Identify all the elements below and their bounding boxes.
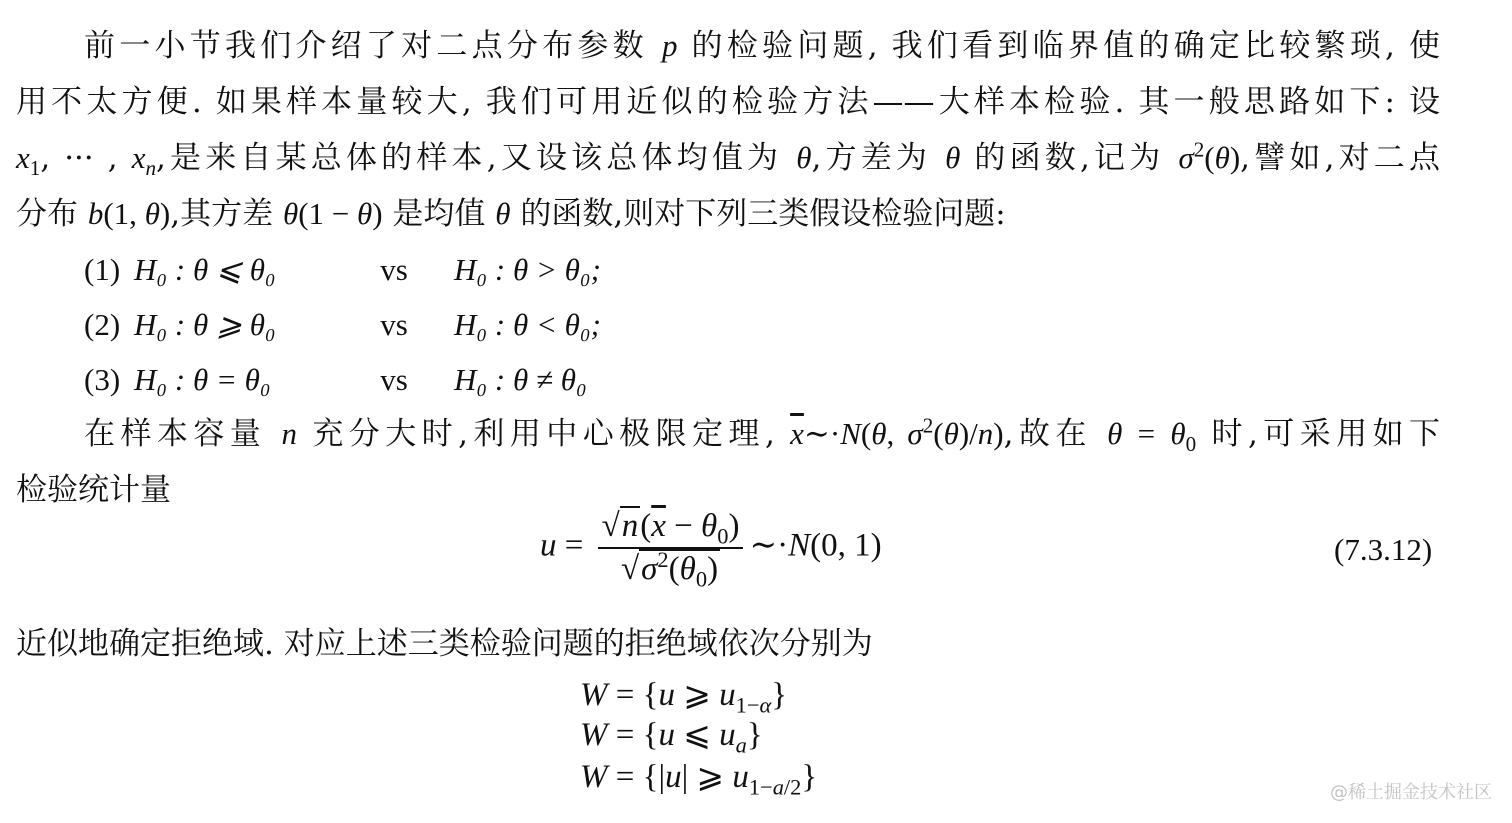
hypothesis-2: (2)H₀ : θ ⩾ θ₀vsH₀ : θ < θ₀; [84,305,601,345]
alt-hypothesis: H₀ : θ ≠ θ₀ [454,362,587,397]
null-hypothesis: H₀ : θ = θ₀ [134,360,334,400]
paragraph-2-line-1: 在样本容量 n 充分大时,利用中心极限定理, x∼·N(θ, σ2(θ)/n),… [84,414,1440,454]
equation-number: (7.3.12) [1334,530,1432,570]
alt-hypothesis: H₀ : θ > θ₀; [454,252,601,287]
hypothesis-label: (2) [84,305,134,345]
denominator: √σ2(θ0) [617,549,724,588]
vs-text: vs [334,305,454,345]
hypothesis-label: (3) [84,360,134,400]
paragraph-1-line-2: 用不太方便. 如果样本量较大, 我们可用近似的检验方法——大样本检验. 其一般思… [16,82,1440,122]
vs-text: vs [334,360,454,400]
paragraph-1-line-3: x1, ··· , xn,是来自某总体的样本,又设该总体均值为 θ,方差为 θ … [16,138,1440,178]
paragraph-3: 近似地确定拒绝域. 对应上述三类检验问题的拒绝域依次分别为 [16,624,1440,664]
numerator: √n(x − θ0) [598,508,744,549]
hypothesis-1: (1)H₀ : θ ⩽ θ₀vsH₀ : θ > θ₀; [84,250,601,290]
hypothesis-label: (1) [84,250,134,290]
paragraph-1-line-1: 前一小节我们介绍了对二点分布参数 p 的检验问题, 我们看到临界值的确定比较繁琐… [84,26,1440,66]
fraction: √n(x − θ0) √σ2(θ0) [598,508,744,588]
paragraph-2-line-2: 检验统计量 [16,470,1440,510]
paragraph-1-line-4: 分布 b(1, θ),其方差 θ(1 − θ) 是均值 θ 的函数,则对下列三类… [16,194,1440,234]
null-hypothesis: H₀ : θ ⩽ θ₀ [134,250,334,290]
rejection-region-2: W = {u ⩽ ua} [580,716,763,754]
test-statistic-equation: u = √n(x − θ0) √σ2(θ0) ∼·N(0, 1) [540,508,882,588]
vs-text: vs [334,250,454,290]
hypothesis-3: (3)H₀ : θ = θ₀vsH₀ : θ ≠ θ₀ [84,360,587,400]
rejection-region-1: W = {u ⩾ u1−α} [580,676,787,714]
document-page: 前一小节我们介绍了对二点分布参数 p 的检验问题, 我们看到临界值的确定比较繁琐… [0,0,1512,823]
alt-hypothesis: H₀ : θ < θ₀; [454,307,601,342]
rejection-region-3: W = {|u| ⩾ u1−a/2} [580,758,817,796]
watermark: @稀土掘金技术社区 [1330,778,1492,804]
null-hypothesis: H₀ : θ ⩾ θ₀ [134,305,334,345]
